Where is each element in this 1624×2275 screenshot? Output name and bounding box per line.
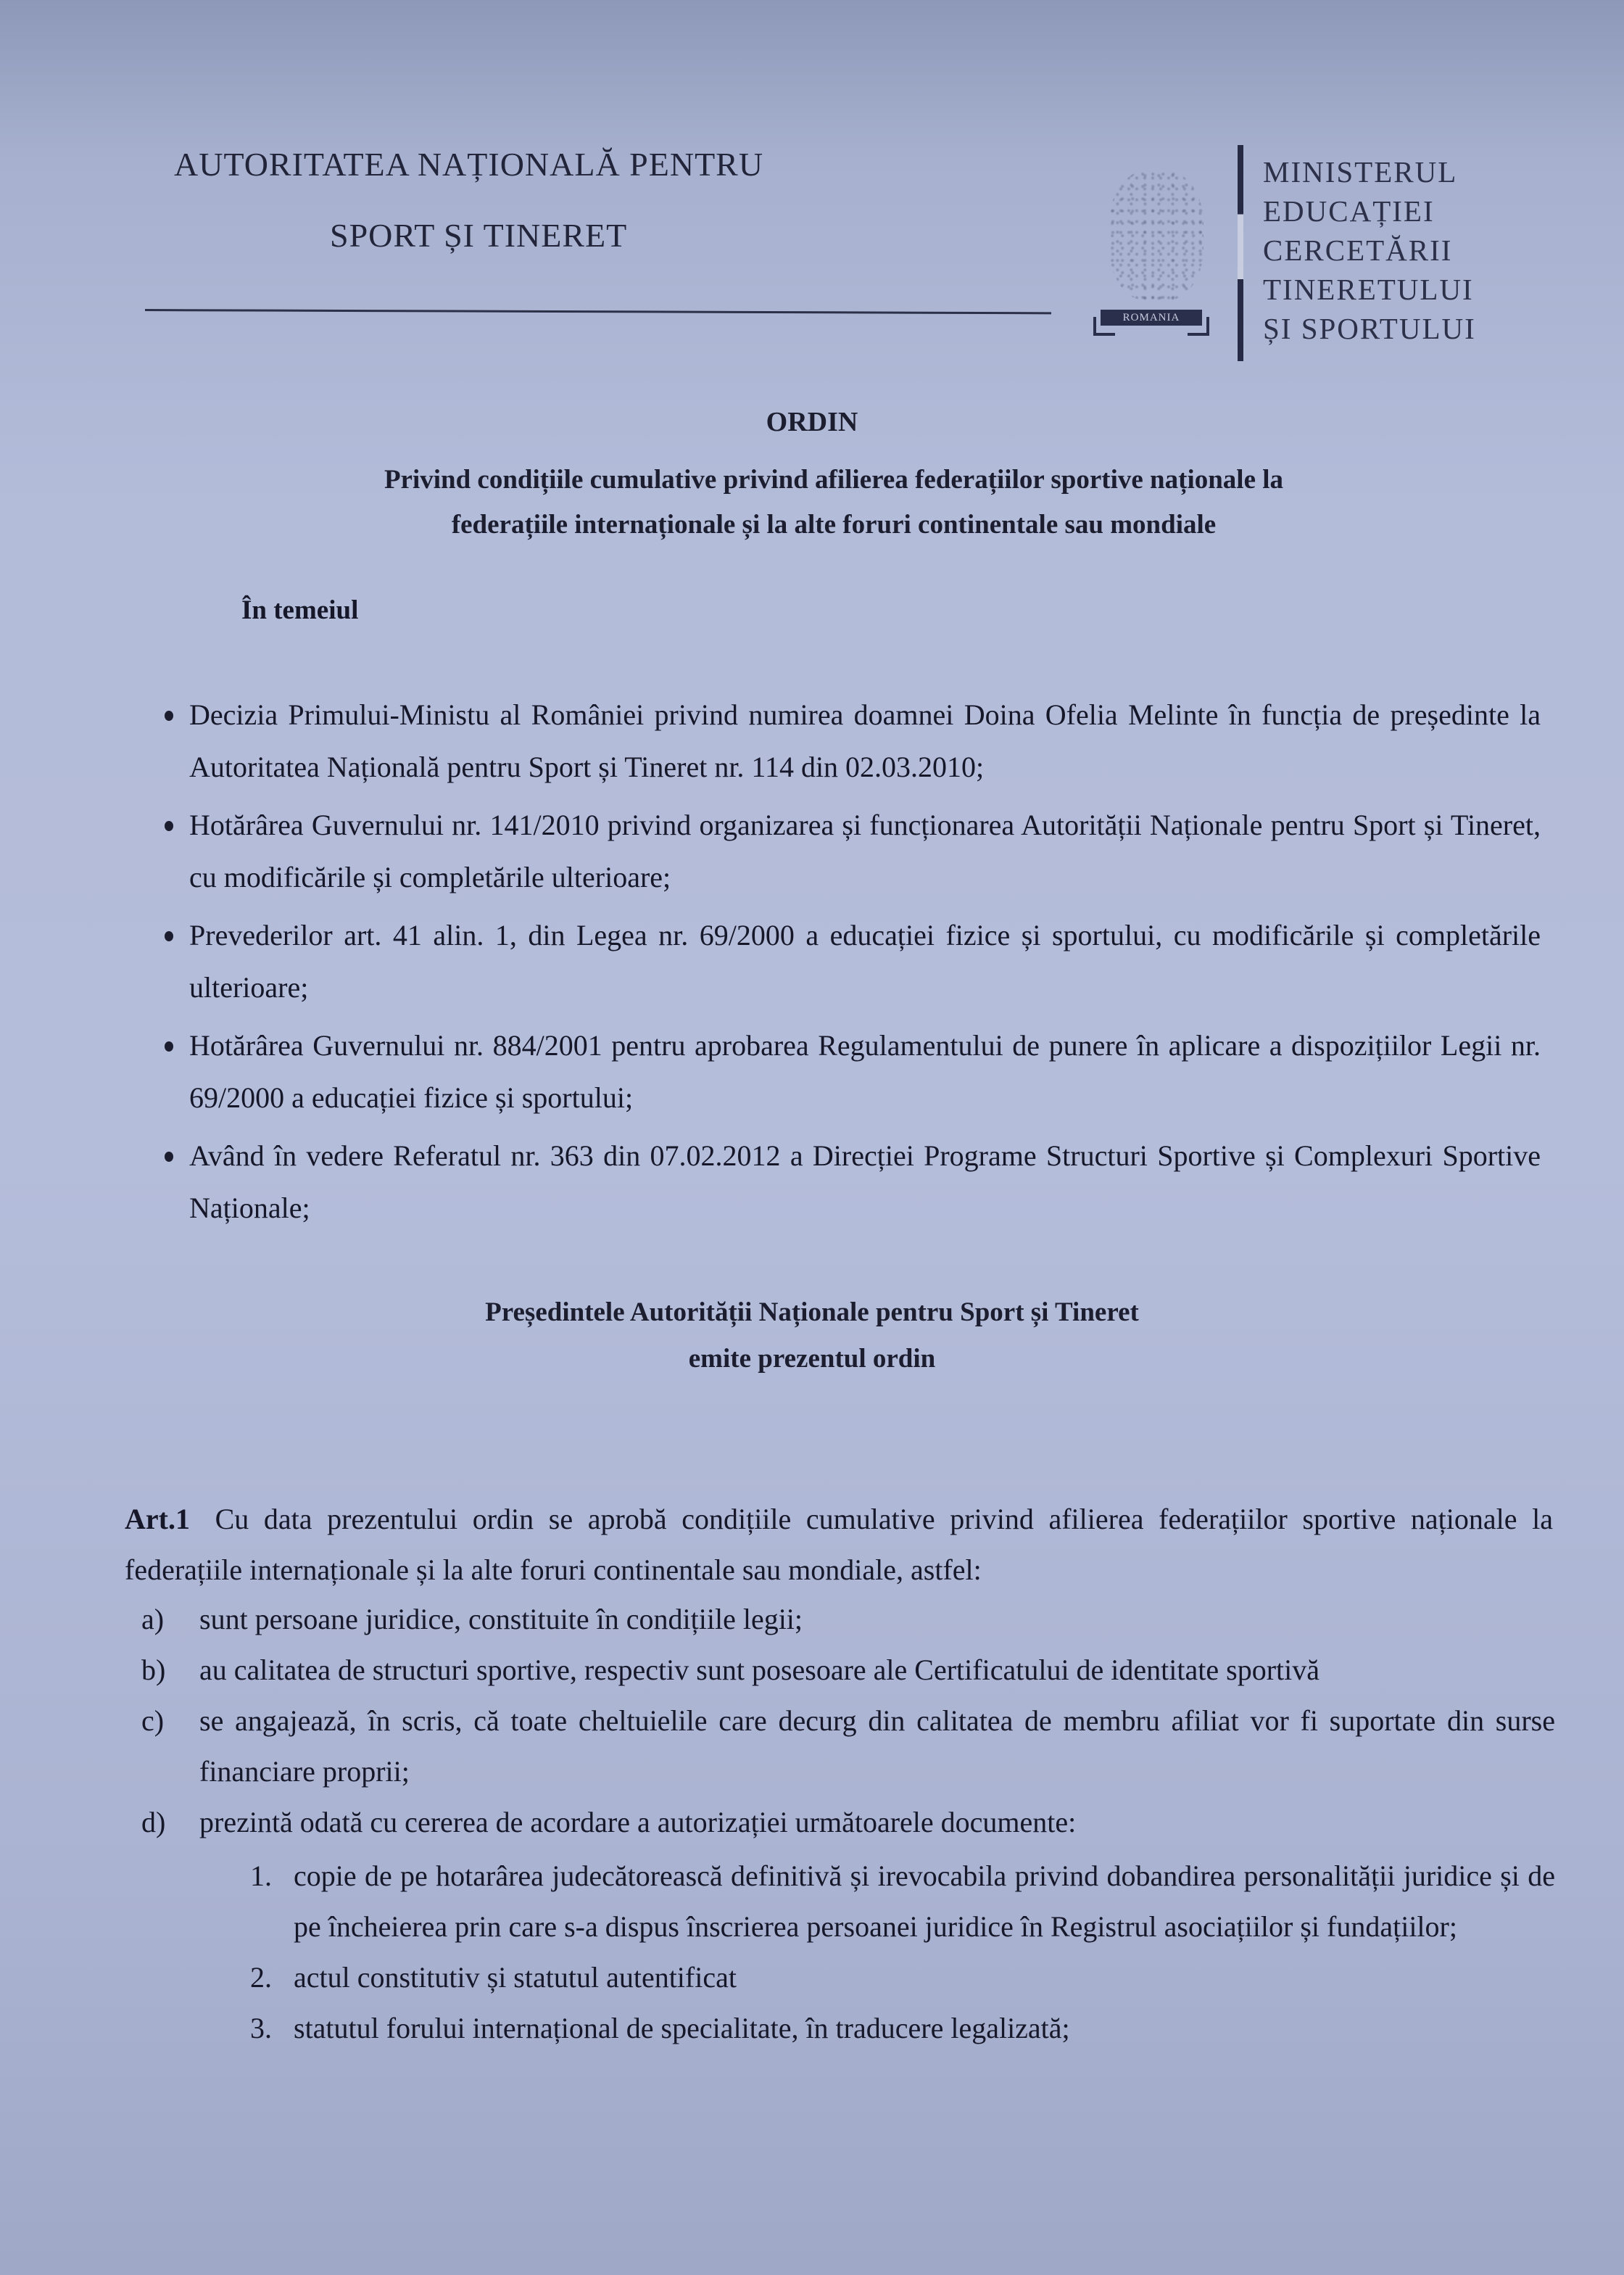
document-key: 2. [250, 1952, 294, 2003]
document-key: 1. [250, 1851, 294, 1952]
issuer-line2: emite prezentul ordin [0, 1343, 1624, 1374]
crest-emblem-icon [1109, 170, 1203, 301]
ministry-tricolor-bar [1238, 145, 1243, 361]
document-item: 3. statutul forului internațional de spe… [250, 2003, 1555, 2054]
ministry-line: CERCETĂRII [1263, 231, 1476, 270]
ribbon-label: ROMANIA [1101, 310, 1202, 326]
condition-key: c) [141, 1696, 199, 1797]
legal-basis-item: Hotărârea Guvernului nr. 141/2010 privin… [163, 799, 1541, 904]
condition-text: sunt persoane juridice, constituite în c… [199, 1594, 1555, 1645]
ministry-name: MINISTERUL EDUCAȚIEI CERCETĂRII TINERETU… [1263, 152, 1476, 348]
document-text: copie de pe hotarârea judecătorească def… [294, 1851, 1555, 1952]
ministry-line: MINISTERUL [1263, 152, 1476, 191]
document-subtitle-line2: federațiile internaționale și la alte fo… [145, 509, 1522, 540]
condition-key: d) [141, 1797, 199, 1848]
condition-item: d) prezintă odată cu cererea de acordare… [141, 1797, 1555, 1848]
condition-key: b) [141, 1645, 199, 1696]
issuer-line1: Președintele Autorității Naționale pentr… [0, 1297, 1624, 1328]
romania-coat-of-arms-icon: ROMANIA [1087, 156, 1218, 344]
required-documents-list: 1. copie de pe hotarârea judecătorească … [250, 1851, 1555, 2054]
document-subtitle-line1: Privind condițiile cumulative privind af… [145, 464, 1522, 495]
document-item: 2. actul constitutiv și statutul autenti… [250, 1952, 1555, 2003]
document-key: 3. [250, 2003, 294, 2054]
legal-basis-item: Având în vedere Referatul nr. 363 din 07… [163, 1130, 1541, 1234]
legal-basis-list: Decizia Primului-Ministu al României pri… [163, 689, 1541, 1240]
document-page: AUTORITATEA NAȚIONALĂ PENTRU SPORT ȘI TI… [0, 0, 1624, 2275]
condition-item: a) sunt persoane juridice, constituite î… [141, 1594, 1555, 1645]
article-1-conditions: a) sunt persoane juridice, constituite î… [141, 1594, 1555, 2054]
article-1-intro: Art.1 Cu data prezentului ordin se aprob… [125, 1494, 1553, 1595]
document-item: 1. copie de pe hotarârea judecătorească … [250, 1851, 1555, 1952]
document-title: ORDIN [0, 406, 1624, 438]
ministry-line: ȘI SPORTULUI [1263, 309, 1476, 348]
ministry-line: EDUCAȚIEI [1263, 191, 1476, 231]
document-text: statutul forului internațional de specia… [294, 2003, 1555, 2054]
crest-ribbon: ROMANIA [1093, 310, 1209, 329]
legal-basis-item: Prevederilor art. 41 alin. 1, din Legea … [163, 909, 1541, 1014]
header-divider [145, 309, 1051, 314]
ministry-line: TINERETULUI [1263, 270, 1476, 309]
condition-key: a) [141, 1594, 199, 1645]
condition-item: b) au calitatea de structuri sportive, r… [141, 1645, 1555, 1696]
condition-text: prezintă odată cu cererea de acordare a … [199, 1797, 1555, 1848]
condition-text: au calitatea de structuri sportive, resp… [199, 1645, 1555, 1696]
condition-item: c) se angajează, în scris, că toate chel… [141, 1696, 1555, 1797]
document-text: actul constitutiv și statutul autentific… [294, 1952, 1555, 2003]
authority-name-line1: AUTORITATEA NAȚIONALĂ PENTRU [174, 145, 763, 183]
preamble-label: În temeiul [241, 595, 358, 626]
article-label: Art.1 [125, 1503, 190, 1535]
legal-basis-item: Hotărârea Guvernului nr. 884/2001 pentru… [163, 1020, 1541, 1124]
condition-text: se angajează, în scris, că toate cheltui… [199, 1696, 1555, 1797]
article-intro-text: Cu data prezentului ordin se aprobă cond… [125, 1503, 1553, 1586]
legal-basis-item: Decizia Primului-Ministu al României pri… [163, 689, 1541, 793]
authority-name-line2: SPORT ȘI TINERET [330, 216, 627, 255]
